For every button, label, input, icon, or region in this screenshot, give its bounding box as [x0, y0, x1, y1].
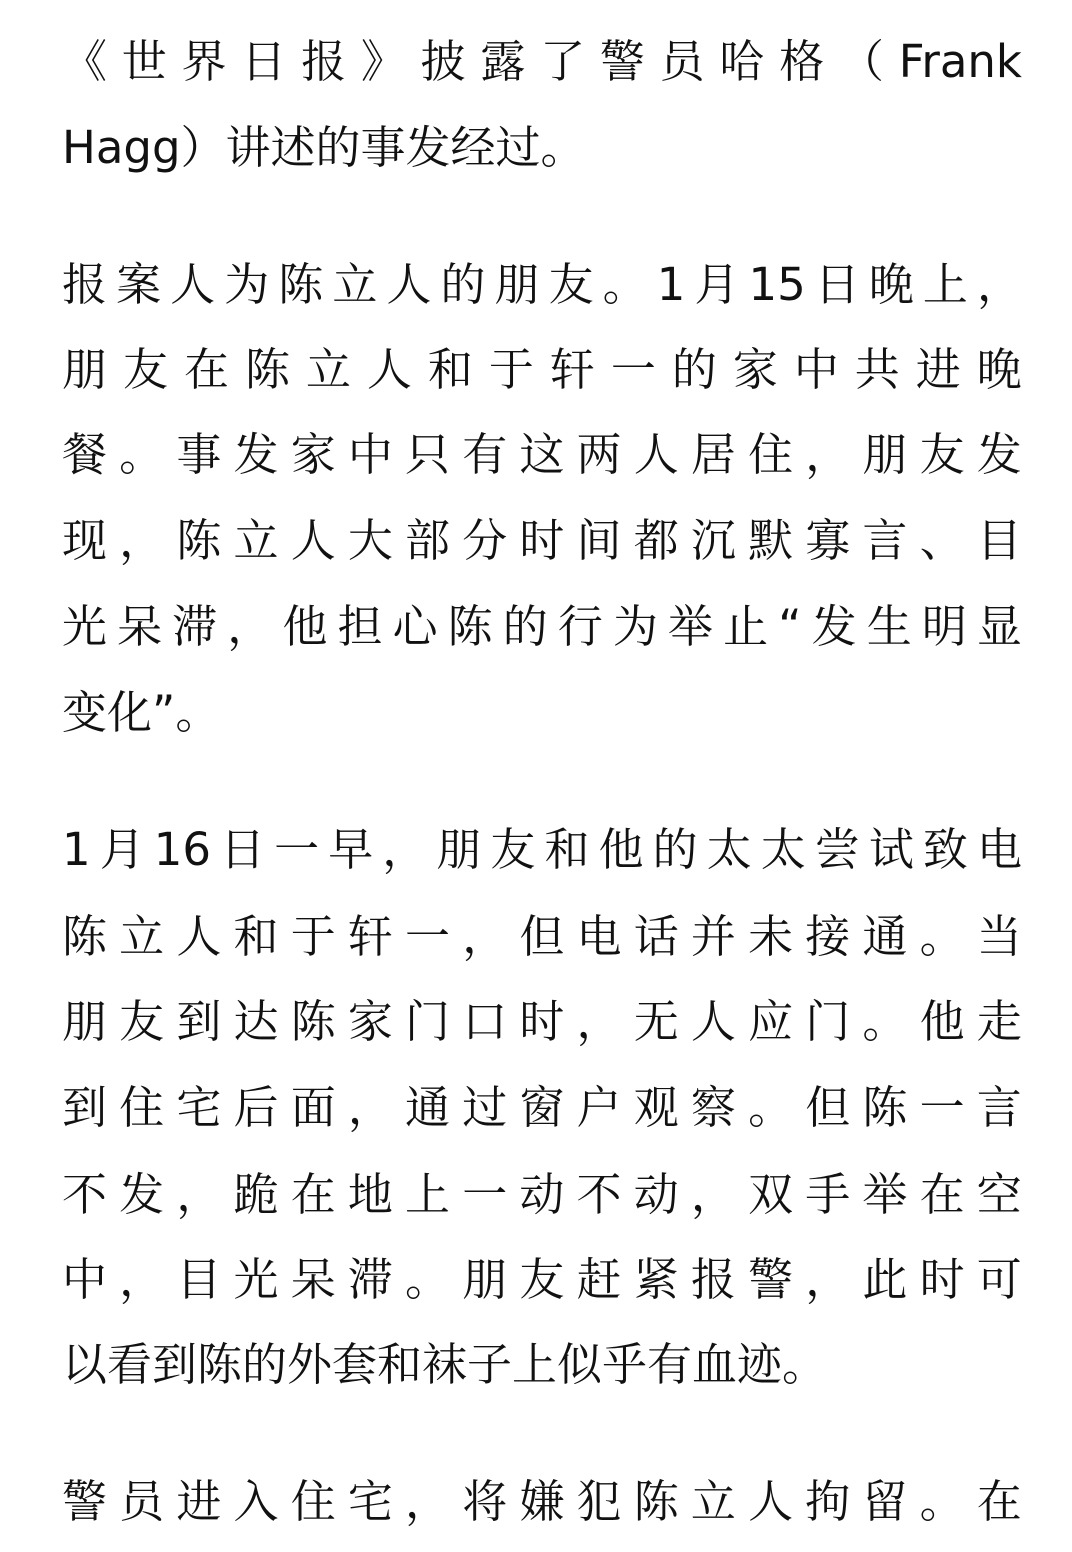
text-line: 不发，跪在地上一动不动，双手举在空 — [62, 1165, 1022, 1225]
text-line: 《世界日报》披露了警员哈格（Frank — [62, 32, 1022, 92]
text-line: 警员进入住宅，将嫌犯陈立人拘留。在 — [62, 1472, 1022, 1532]
text-line: 中，目光呆滞。朋友赶紧报警，此时可 — [62, 1250, 1022, 1310]
text-line: 陈立人和于轩一，但电话并未接通。当 — [62, 907, 1022, 967]
text-line: 以看到陈的外套和袜子上似乎有血迹。 — [62, 1335, 1022, 1395]
text-line: 朋友到达陈家门口时，无人应门。他走 — [62, 992, 1022, 1052]
text-line: 变化”。 — [62, 683, 1022, 743]
text-line: 报案人为陈立人的朋友。1月15日晚上， — [62, 255, 1022, 315]
article-body: 《世界日报》披露了警员哈格（Frank Hagg）讲述的事发经过。 报案人为陈立… — [0, 0, 1072, 1552]
text-line: Hagg）讲述的事发经过。 — [62, 118, 1022, 178]
text-line: 现，陈立人大部分时间都沉默寡言、目 — [62, 511, 1022, 571]
text-line: 到住宅后面，通过窗户观察。但陈一言 — [62, 1078, 1022, 1138]
text-line: 朋友在陈立人和于轩一的家中共进晚 — [62, 340, 1022, 400]
text-line: 餐。事发家中只有这两人居住，朋友发 — [62, 425, 1022, 485]
text-line: 光呆滞，他担心陈的行为举止“发生明显 — [62, 597, 1022, 657]
text-line: 1月16日一早，朋友和他的太太尝试致电 — [62, 820, 1022, 880]
